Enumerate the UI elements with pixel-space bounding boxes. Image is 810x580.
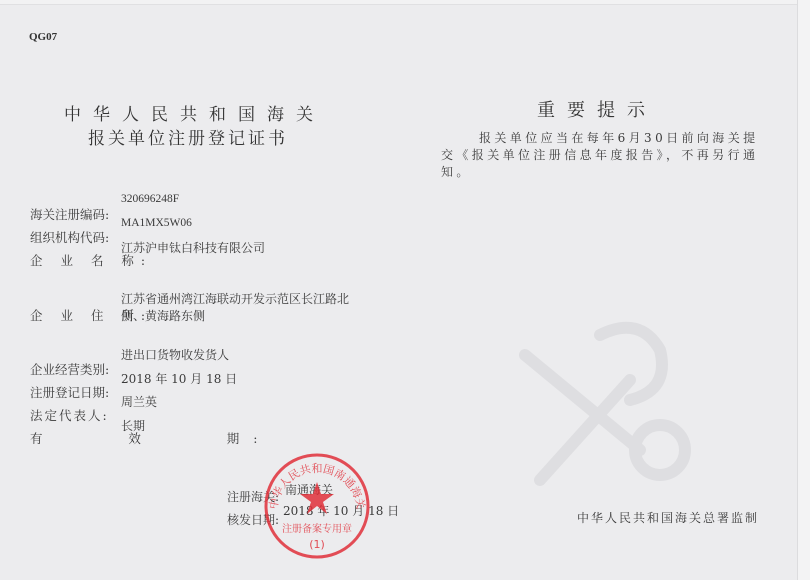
customs-emblem-watermark-icon — [510, 300, 710, 490]
notice-title: 重要提示 — [537, 96, 657, 122]
certificate-title-line2: 报关单位注册登记证书 — [88, 124, 288, 149]
field-value-registration-date: 2018 年 10 月 18 日 — [121, 370, 237, 387]
field-label-validity: 有 效 期: — [30, 429, 272, 447]
supervisor-footer: 中华人民共和国海关总署监制 — [577, 509, 759, 526]
notice-body: 报关单位应当在每年6月30日前向海关提交《报关单位注册信息年度报告》，不再另行通… — [441, 130, 761, 181]
certificate-page: QG07 中华人民共和国海关 报关单位注册登记证书 海关注册编码: 320696… — [0, 0, 810, 580]
field-label-customs-code: 海关注册编码: — [30, 205, 109, 223]
field-value-legal-rep: 周兰英 — [121, 393, 157, 410]
svg-text:(1): (1) — [309, 538, 325, 551]
field-value-org-code: MA1MX5W06 — [121, 217, 192, 229]
field-value-address: 江苏省通州湾江海联动开发示范区长江路北侧、黄海路东侧 — [121, 291, 361, 325]
field-label-legal-rep: 法定代表人: — [30, 406, 109, 424]
form-code: QG07 — [29, 31, 57, 43]
field-value-business-type: 进出口货物收发货人 — [121, 346, 229, 363]
field-label-org-code: 组织机构代码: — [30, 228, 109, 246]
page-top-edge — [0, 0, 810, 5]
field-value-company-name: 江苏沪申钛白科技有限公司 — [121, 239, 265, 256]
svg-text:注册备案专用章: 注册备案专用章 — [282, 522, 352, 535]
certificate-title-line1: 中华人民共和国海关 — [64, 100, 325, 125]
field-value-validity: 长期 — [121, 417, 145, 434]
page-right-edge — [797, 0, 810, 580]
official-seal-stamp: 中华人民共和国南通海关 注册备案专用章 (1) — [263, 452, 371, 560]
field-label-business-type: 企业经营类别: — [30, 360, 109, 378]
field-value-customs-code: 320696248F — [121, 193, 179, 205]
star-icon — [300, 482, 334, 514]
field-label-registration-date: 注册登记日期: — [30, 383, 109, 401]
